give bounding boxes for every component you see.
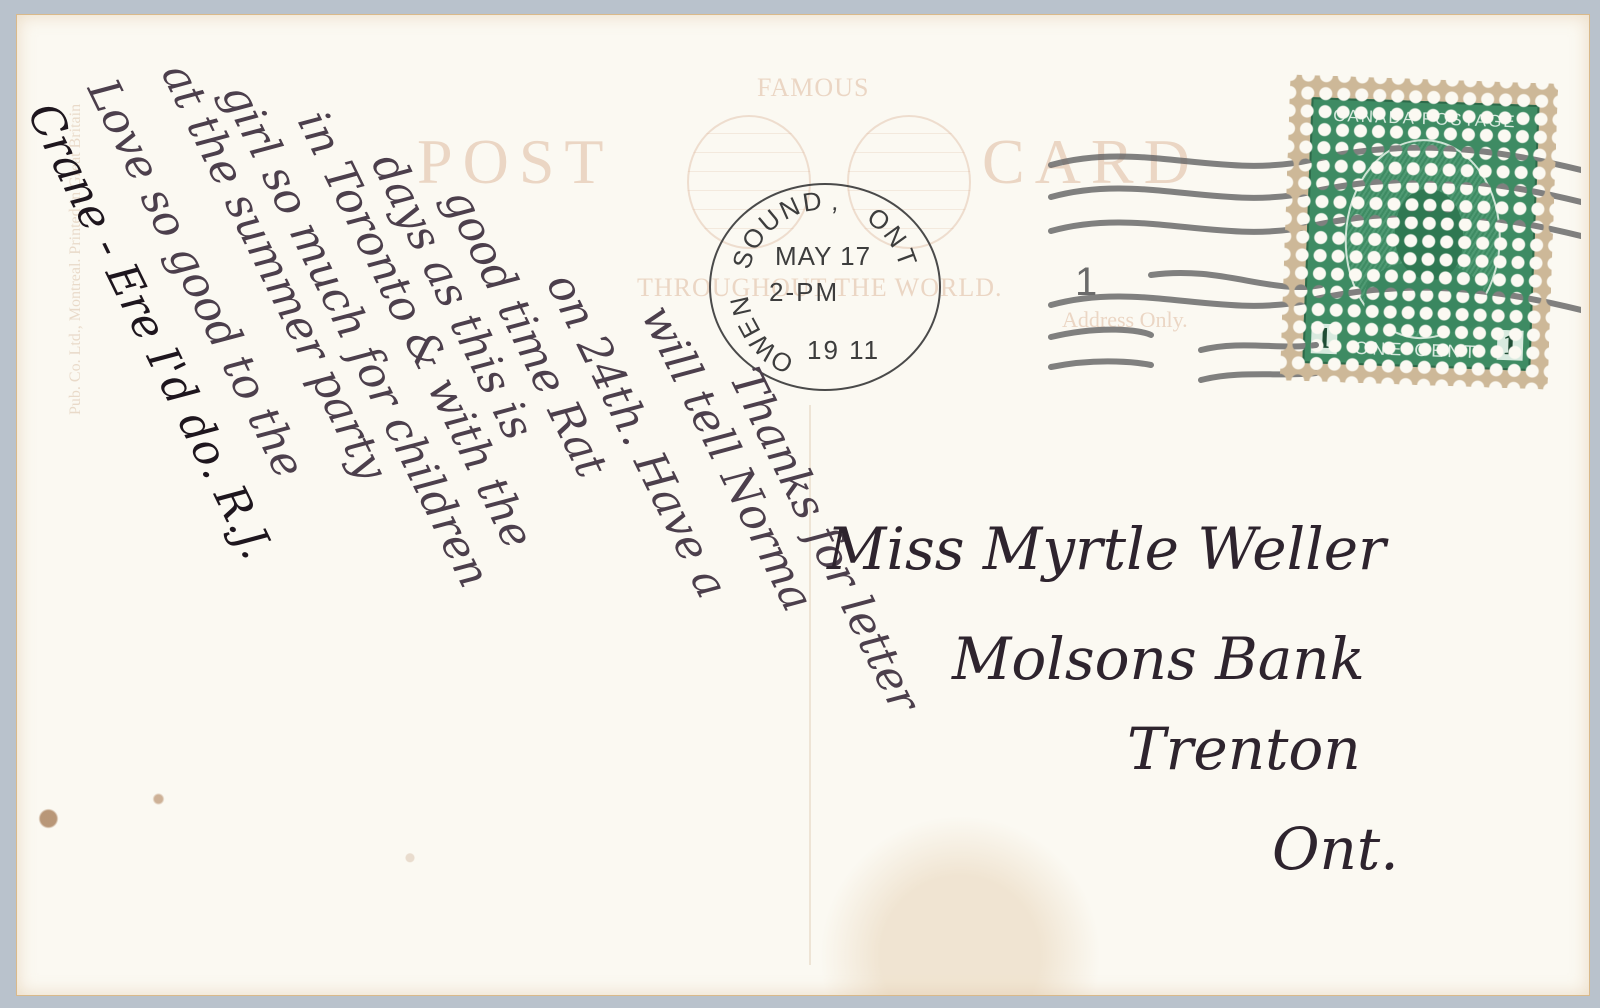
address-recipient: Miss Myrtle Weller bbox=[827, 515, 1386, 583]
postmark: OWEN SOUND, ONT MAY 17 2-PM 19 11 bbox=[709, 183, 941, 391]
postmark-date: MAY 17 bbox=[775, 241, 871, 272]
printed-header-famous: FAMOUS bbox=[757, 73, 869, 103]
postmark-year: 19 11 bbox=[807, 335, 880, 366]
address-line-province: Ont. bbox=[1272, 815, 1399, 883]
postmark-time: 2-PM bbox=[769, 277, 839, 308]
address-line-city: Trenton bbox=[1127, 715, 1361, 783]
postcard-back: FAMOUS POST CARD THROUGHOUT THE WORLD. A… bbox=[16, 14, 1590, 996]
portrait-icon bbox=[1341, 136, 1504, 341]
postage-stamp: CANADA POSTAGE ONE CENT 1 1 bbox=[1280, 74, 1559, 389]
stamp-numeral-right: 1 bbox=[1497, 330, 1524, 361]
cancel-marker: 1 bbox=[1075, 260, 1097, 304]
address-line-organization: Molsons Bank bbox=[952, 625, 1365, 693]
stamp-country: CANADA POSTAGE bbox=[1313, 105, 1538, 133]
stamp-numeral-left: 1 bbox=[1311, 323, 1338, 354]
printed-title-post: POST bbox=[417, 125, 614, 199]
stamp-denomination: ONE CENT bbox=[1305, 336, 1530, 365]
